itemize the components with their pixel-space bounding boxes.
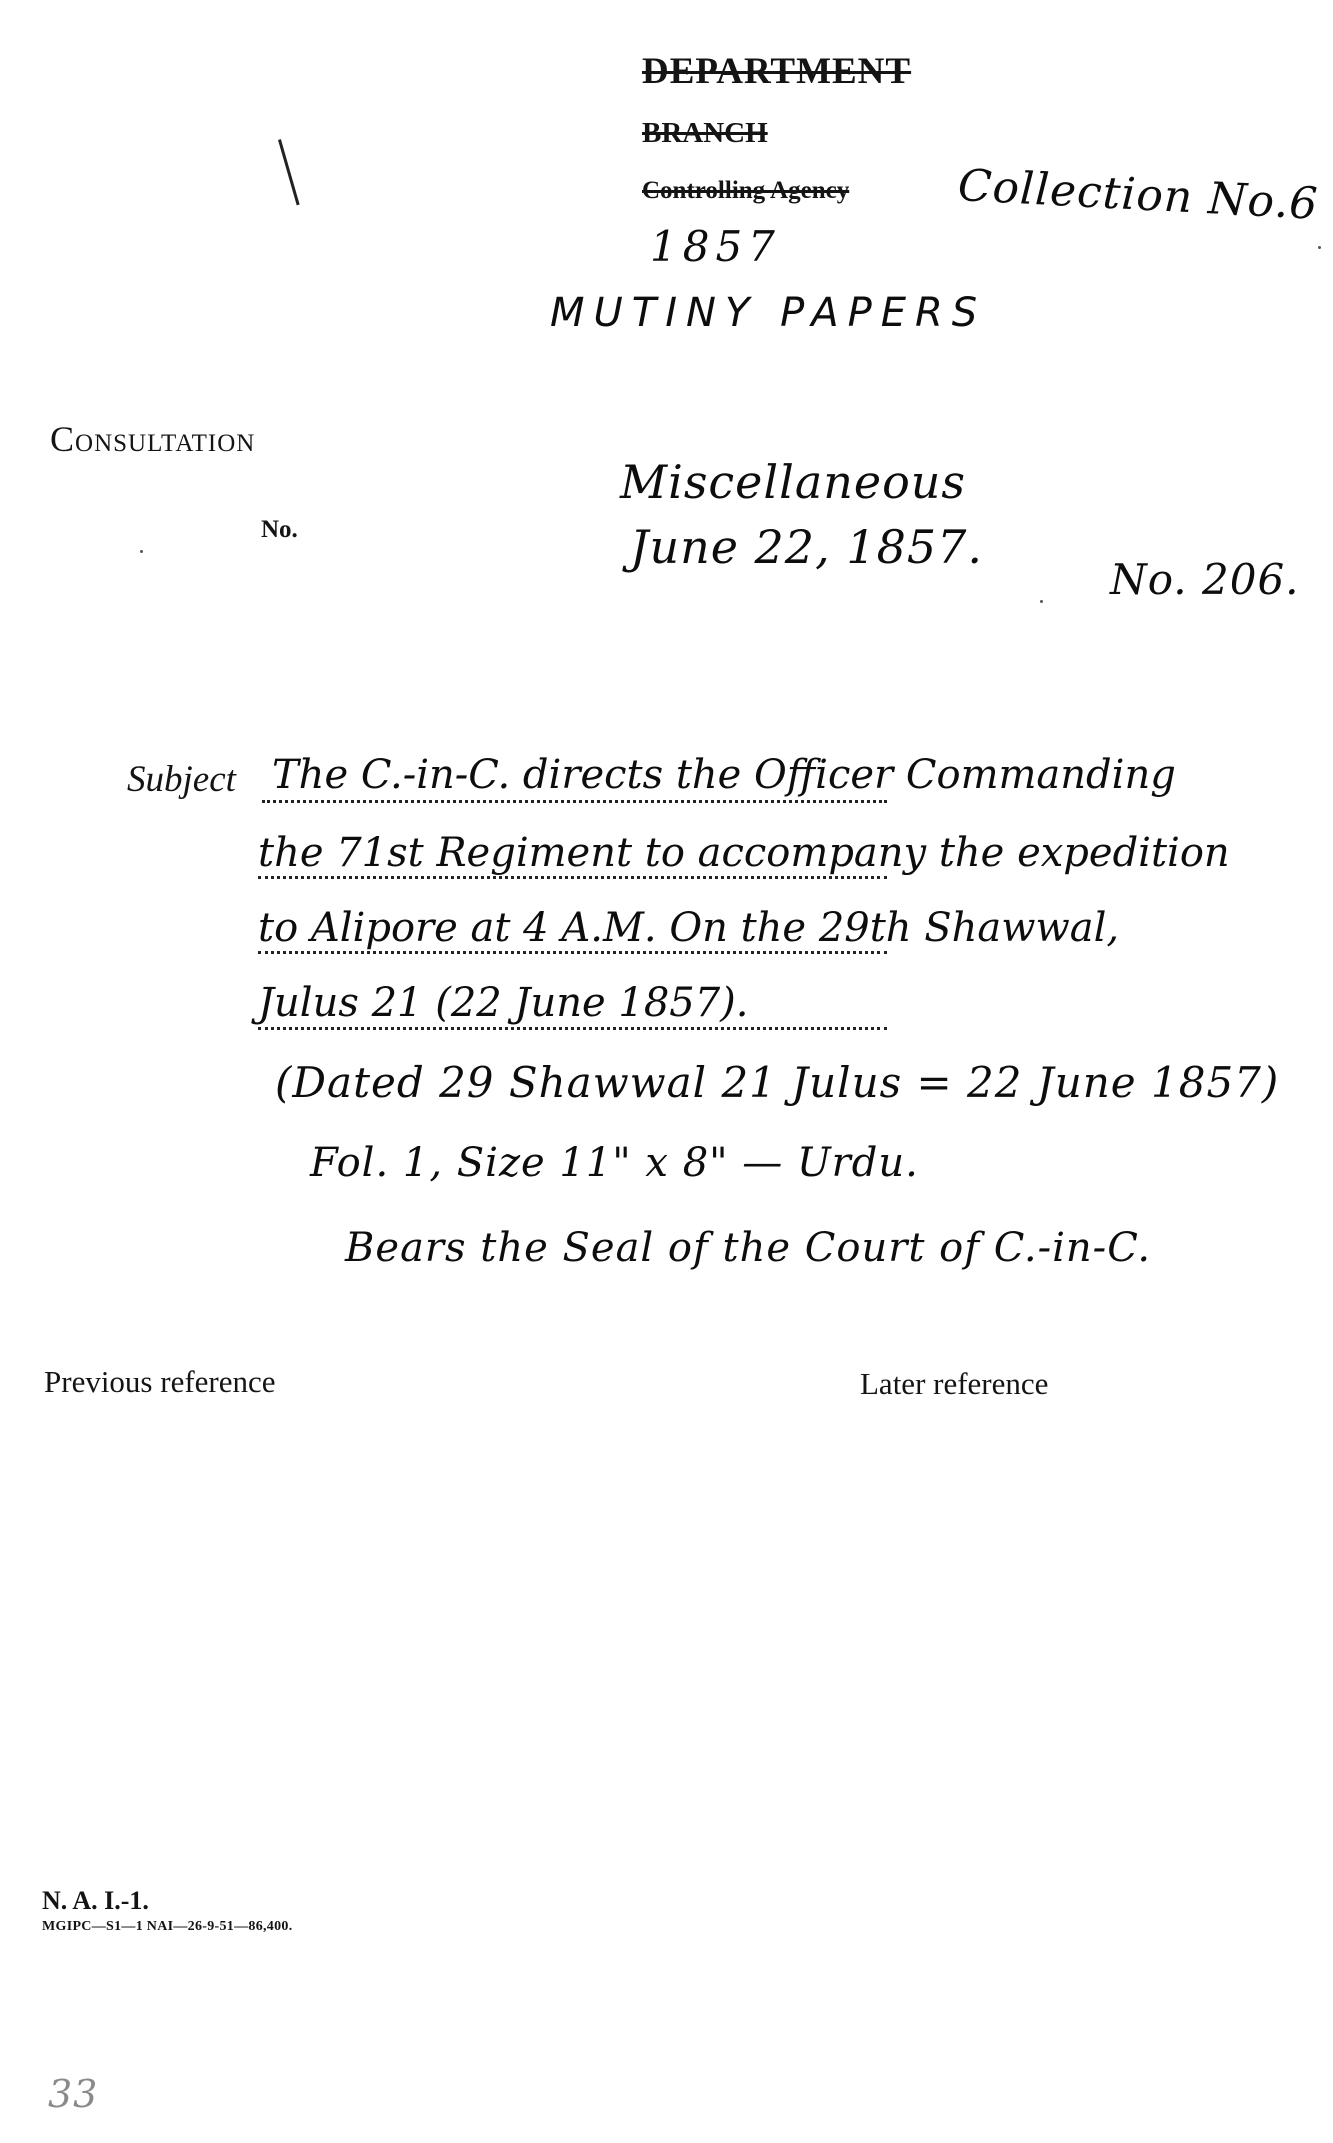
form-code: N. A. I.-1. <box>42 1886 149 1916</box>
year-handwritten: 1857 <box>650 222 781 271</box>
collection-title: MUTINY PAPERS <box>550 290 986 336</box>
consultation-no-label: No. <box>261 516 298 544</box>
consultation-label: Consultation <box>50 418 255 460</box>
department-label: DEPARTMENT <box>642 50 911 93</box>
document-number: No. 206. <box>1110 555 1300 604</box>
page-number: 33 <box>48 2072 98 2116</box>
subject-line: The C.-in-C. directs the Officer Command… <box>272 752 1176 798</box>
controlling-agency-label: Controlling Agency <box>642 177 849 205</box>
dotted-rule <box>262 800 887 803</box>
branch-label: BRANCH <box>642 117 768 150</box>
subject-line: Julus 21 (22 June 1857). <box>258 980 749 1026</box>
pen-stroke-mark <box>278 139 300 205</box>
subject-line: to Alipore at 4 A.M. On the 29th Shawwal… <box>258 905 1119 951</box>
dotted-rule <box>258 1027 887 1030</box>
dotted-rule <box>258 876 887 879</box>
subject-line: the 71st Regiment to accompany the exped… <box>258 830 1230 876</box>
collection-number: Collection No.6 <box>957 160 1320 230</box>
previous-reference-label: Previous reference <box>44 1364 276 1400</box>
ink-speck <box>140 550 143 553</box>
ink-speck <box>1040 600 1043 603</box>
print-line: MGIPC—S1—1 NAI—26-9-51—86,400. <box>42 1919 293 1935</box>
subject-label: Subject <box>127 758 236 801</box>
later-reference-label: Later reference <box>860 1366 1048 1402</box>
subject-note-seal: Bears the Seal of the Court of C.-in-C. <box>345 1225 1151 1271</box>
dotted-rule <box>258 951 887 954</box>
category-handwritten: Miscellaneous <box>620 455 966 509</box>
subject-note-date: (Dated 29 Shawwal 21 Julus = 22 June 185… <box>275 1058 1279 1107</box>
date-handwritten: June 22, 1857. <box>630 520 983 574</box>
ink-speck <box>1318 246 1321 249</box>
subject-note-folio: Fol. 1, Size 11" x 8" — Urdu. <box>310 1140 919 1186</box>
